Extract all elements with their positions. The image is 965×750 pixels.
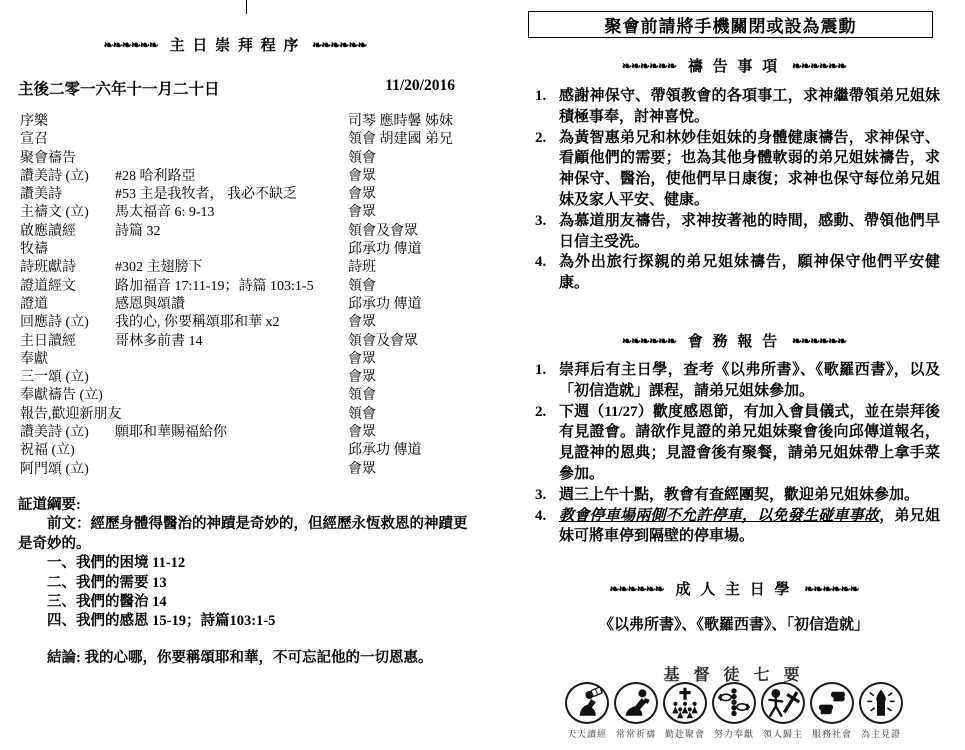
seven-essentials-row: 天天讀經 常常祈禱 勤赴聚會 努力奉獻 — [520, 682, 948, 740]
program-role: 領會 — [348, 403, 460, 423]
outline-preface: 前文：經歷身體得醫治的神蹟是奇妙的，但經歷永恆救恩的神蹟更是奇妙的。 — [18, 515, 470, 554]
prayer-item: 1.感謝神保守、帶領教會的各項事工，求神繼帶領弟兄姐妹積極事奉，討神喜悅。 — [535, 86, 940, 128]
program-row: 聚會禱告領會 — [20, 147, 460, 165]
program-row: 讚美詩 (立)#28 哈利路亞會眾 — [20, 165, 460, 183]
program-role: 司琴 應時馨 姊妹 — [348, 110, 460, 130]
date-numeric: 11/20/2016 — [385, 77, 455, 99]
date-row: 主後二零一六年十一月二十日 11/20/2016 — [18, 77, 455, 99]
program-row: 主日讀經哥林多前書 14領會及會眾 — [20, 330, 460, 348]
seven-item-label: 勤赴聚會 — [665, 727, 705, 740]
ornament-left: ❧❧❧❧❧❧ — [622, 59, 676, 73]
program-row: 序樂司琴 應時馨 姊妹 — [20, 110, 460, 128]
seven-item: 常常祈禱 — [613, 682, 660, 740]
phone-notice: 聚會前請將手機關閉或設為震動 — [528, 11, 933, 38]
program-row: 三一頌 (立)會眾 — [20, 366, 460, 384]
program-role: 邱承功 傳道 — [348, 439, 460, 459]
ornament-right: ❧❧❧❧❧❧ — [792, 59, 846, 73]
program-detail: 詩篇 32 — [115, 220, 348, 240]
program-row: 讚美詩#53 主是我牧者， 我必不缺乏會眾 — [20, 183, 460, 201]
program-item: 祝福 (立) — [20, 439, 115, 459]
program-item: 證道 — [20, 293, 115, 313]
program-detail: 哥林多前書 14 — [115, 330, 348, 350]
loaves-fishes-icon — [712, 682, 756, 724]
program-row: 報告,歡迎新朋友領會 — [20, 403, 460, 421]
program-detail: 馬太福音 6: 9-13 — [115, 201, 348, 221]
item-number: 1. — [535, 86, 559, 128]
item-text: 為慕道朋友禱告，求神按著祂的時間，感動、帶領他們早日信主受洗。 — [559, 211, 940, 253]
point-label: 三、我們的醫治 — [47, 594, 149, 610]
program-role: 會眾 — [348, 366, 460, 386]
date-chinese: 主後二零一六年十一月二十日 — [18, 77, 220, 99]
ornament-right: ❧❧❧❧❧❧ — [792, 334, 846, 348]
praying-icon — [614, 682, 658, 724]
parking-warning-emphasis: 教會停車場兩側不允許停車，以免發生碰車事故 — [559, 508, 879, 524]
outline-conclusion: 結論: 我的心哪，你要稱頌耶和華，不可忘記他的一切恩惠。 — [47, 649, 470, 668]
program-item: 奉獻 — [20, 348, 115, 368]
sunday-school-heading-text: 成 人 主 日 學 — [675, 582, 792, 598]
outline-points: 一、我們的困境 11-12 二、我們的需要 13 三、我們的醫治 14 四、我們… — [47, 554, 470, 632]
program-role: 會眾 — [348, 311, 460, 331]
item-number: 2. — [535, 402, 559, 485]
program-role: 邱承功 傳道 — [348, 238, 460, 258]
program-item: 主禱文 (立) — [20, 201, 115, 221]
outline-point: 三、我們的醫治 14 — [47, 593, 470, 612]
seven-item-label: 為主見證 — [861, 727, 901, 740]
seven-item: 為主見證 — [858, 682, 905, 740]
program-item: 奉獻禱告 (立) — [20, 384, 115, 404]
program-row: 證道感恩與頌讚邱承功 傳道 — [20, 293, 460, 311]
prayer-item: 3.為慕道朋友禱告，求神按著祂的時間，感動、帶領他們早日信主受洗。 — [535, 211, 940, 253]
sunday-school-heading: ❧❧❧❧❧❧ 成 人 主 日 學 ❧❧❧❧❧❧ — [520, 578, 948, 599]
program-role: 領會 — [348, 147, 460, 167]
seven-item: 勤赴聚會 — [662, 682, 709, 740]
lead-to-cross-icon — [761, 682, 805, 724]
seven-item-label: 努力奉獻 — [714, 727, 754, 740]
program-role: 會眾 — [348, 421, 460, 441]
program-row: 祝福 (立)邱承功 傳道 — [20, 439, 460, 457]
program-detail: #28 哈利路亞 — [115, 165, 348, 185]
serving-hands-icon — [810, 682, 854, 724]
program-item: 宣召 — [20, 128, 115, 148]
point-label: 四、我們的感恩 — [47, 613, 149, 629]
program-item: 主日讀經 — [20, 330, 115, 350]
program-detail: #302 主翅膀下 — [115, 256, 348, 276]
sermon-outline: 証道綱要: 前文：經歷身體得醫治的神蹟是奇妙的，但經歷永恆救恩的神蹟更是奇妙的。… — [18, 496, 470, 668]
item-number: 3. — [535, 485, 559, 506]
program-item: 讚美詩 (立) — [20, 421, 115, 441]
program-role: 領會及會眾 — [348, 220, 460, 240]
program-row: 回應詩 (立)我的心, 你要稱頌耶和華 x2會眾 — [20, 311, 460, 329]
bible-reading-icon — [565, 682, 609, 724]
program-item: 聚會禱告 — [20, 147, 115, 167]
program-item: 讚美詩 (立) — [20, 165, 115, 185]
program-role: 領會 胡建國 弟兄 — [348, 128, 460, 148]
ornament-left: ❧❧❧❧❧❧ — [609, 582, 663, 596]
seven-item-label: 服務社會 — [812, 727, 852, 740]
program-row: 奉獻禱告 (立)領會 — [20, 384, 460, 402]
program-item: 阿門頌 (立) — [20, 458, 115, 478]
business-item: 3.週三上午十點，教會有查經團契，歡迎弟兄姐妹參加。 — [535, 485, 940, 506]
item-number: 4. — [535, 506, 559, 548]
prayer-item: 2.為黃智惠弟兄和林妙佳姐妹的身體健康禱告，求神保守、看顧他們的需要；也為其他身… — [535, 128, 940, 211]
item-text: 下週（11/27）歡度感恩節，有加入會員儀式，並在崇拜後有見證會。請欲作見證的弟… — [559, 402, 940, 485]
outline-point: 四、我們的感恩 15-19；詩篇103:1-5 — [47, 612, 470, 631]
ornament-left: ❧❧❧❧❧❧ — [104, 38, 158, 52]
program-row: 啟應讀經詩篇 32領會及會眾 — [20, 220, 460, 238]
program-item: 序樂 — [20, 110, 115, 130]
program-row: 讚美詩 (立)願耶和華賜福給你會眾 — [20, 421, 460, 439]
item-number: 1. — [535, 360, 559, 402]
program-role: 領會 — [348, 384, 460, 404]
item-number: 2. — [535, 128, 559, 211]
ornament-left: ❧❧❧❧❧❧ — [622, 334, 676, 348]
ornament-right: ❧❧❧❧❧❧ — [804, 582, 858, 596]
seven-item: 領人歸主 — [760, 682, 807, 740]
page-title-text: 主 日 崇 拜 程 序 — [170, 38, 301, 54]
point-label: 二、我們的需要 — [47, 575, 149, 591]
page-title: ❧❧❧❧❧❧ 主 日 崇 拜 程 序 ❧❧❧❧❧❧ — [0, 34, 470, 55]
prayer-heading: ❧❧❧❧❧❧ 禱 告 事 項 ❧❧❧❧❧❧ — [520, 55, 948, 76]
ornament-right: ❧❧❧❧❧❧ — [312, 38, 366, 52]
program-role: 會眾 — [348, 458, 460, 478]
outline-heading: 証道綱要: — [18, 496, 470, 515]
business-heading-text: 會 務 報 告 — [688, 334, 780, 350]
program-row: 主禱文 (立)馬太福音 6: 9-13會眾 — [20, 201, 460, 219]
program-item: 證道經文 — [20, 275, 115, 295]
program-role: 會眾 — [348, 201, 460, 221]
point-label: 一、我們的困境 — [47, 555, 149, 571]
point-ref: 11-12 — [152, 555, 185, 571]
seven-item-label: 領人歸主 — [763, 727, 803, 740]
sunday-school-books: 《以弗所書》、《歌羅西書》、「初信造就」 — [520, 613, 948, 634]
seven-item: 努力奉獻 — [711, 682, 758, 740]
program-item: 報告,歡迎新朋友 — [20, 403, 115, 423]
program-row: 阿門頌 (立)會眾 — [20, 458, 460, 476]
business-item: 4.教會停車場兩側不允許停車，以免發生碰車事故，弟兄姐妹可將車停到隔壁的停車場。 — [535, 506, 940, 548]
program-detail: 感恩與頌讚 — [115, 293, 348, 313]
item-number: 4. — [535, 252, 559, 294]
program-row: 詩班獻詩#302 主翅膀下詩班 — [20, 256, 460, 274]
business-list: 1.崇拜后有主日學，查考《以弗所書》、《歌羅西書》，以及「初信造就」課程，請弟兄… — [535, 360, 940, 547]
program-item: 三一頌 (立) — [20, 366, 115, 386]
item-number: 3. — [535, 211, 559, 253]
seven-item-label: 常常祈禱 — [616, 727, 656, 740]
point-ref: 15-19；詩篇103:1-5 — [152, 613, 275, 629]
prayer-item: 4.為外出旅行探親的弟兄姐妹禱告，願神保守他們平安健康。 — [535, 252, 940, 294]
worship-order-page: ❧❧❧❧❧❧ 主 日 崇 拜 程 序 ❧❧❧❧❧❧ 主後二零一六年十一月二十日 … — [0, 0, 470, 750]
gathering-cross-icon — [663, 682, 707, 724]
program-item: 啟應讀經 — [20, 220, 115, 240]
business-heading: ❧❧❧❧❧❧ 會 務 報 告 ❧❧❧❧❧❧ — [520, 330, 948, 351]
item-text: 為黃智惠弟兄和林妙佳姐妹的身體健康禱告，求神保守、看顧他們的需要；也為其他身體軟… — [559, 128, 940, 211]
seven-item: 服務社會 — [809, 682, 856, 740]
program-table: 序樂司琴 應時馨 姊妹 宣召領會 胡建國 弟兄 聚會禱告領會 讚美詩 (立)#2… — [20, 110, 460, 476]
outline-point: 二、我們的需要 13 — [47, 574, 470, 593]
announcements-page: 聚會前請將手機關閉或設為震動 ❧❧❧❧❧❧ 禱 告 事 項 ❧❧❧❧❧❧ 1.感… — [520, 0, 948, 750]
program-role: 邱承功 傳道 — [348, 293, 460, 313]
prayer-list: 1.感謝神保守、帶領教會的各項事工，求神繼帶領弟兄姐妹積極事奉，討神喜悅。 2.… — [535, 86, 940, 294]
point-ref: 13 — [152, 575, 167, 591]
item-text: 週三上午十點，教會有查經團契，歡迎弟兄姐妹參加。 — [559, 485, 940, 506]
program-row: 宣召領會 胡建國 弟兄 — [20, 128, 460, 146]
program-item: 詩班獻詩 — [20, 256, 115, 276]
program-role: 會眾 — [348, 183, 460, 203]
program-role: 詩班 — [348, 256, 460, 276]
program-row: 牧禱邱承功 傳道 — [20, 238, 460, 256]
item-text: 感謝神保守、帶領教會的各項事工，求神繼帶領弟兄姐妹積極事奉，討神喜悅。 — [559, 86, 940, 128]
program-detail: 我的心, 你要稱頌耶和華 x2 — [115, 311, 348, 331]
program-detail: #53 主是我牧者， 我必不缺乏 — [115, 183, 348, 203]
prayer-heading-text: 禱 告 事 項 — [688, 59, 780, 75]
outline-point: 一、我們的困境 11-12 — [47, 554, 470, 573]
program-role: 領會 — [348, 275, 460, 295]
point-ref: 14 — [152, 594, 167, 610]
program-detail: 願耶和華賜福給你 — [115, 421, 348, 441]
item-text: 崇拜后有主日學，查考《以弗所書》、《歌羅西書》，以及「初信造就」課程，請弟兄姐妹… — [559, 360, 940, 402]
item-text: 教會停車場兩側不允許停車，以免發生碰車事故，弟兄姐妹可將車停到隔壁的停車場。 — [559, 506, 940, 548]
program-row: 奉獻會眾 — [20, 348, 460, 366]
program-item: 讚美詩 — [20, 183, 115, 203]
program-detail: 路加福音 17:11-19；詩篇 103:1-5 — [115, 275, 348, 295]
business-item: 2.下週（11/27）歡度感恩節，有加入會員儀式，並在崇拜後有見證會。請欲作見證… — [535, 402, 940, 485]
program-role: 會眾 — [348, 348, 460, 368]
item-text: 為外出旅行探親的弟兄姐妹禱告，願神保守他們平安健康。 — [559, 252, 940, 294]
program-row: 證道經文路加福音 17:11-19；詩篇 103:1-5領會 — [20, 275, 460, 293]
seven-item: 天天讀經 — [564, 682, 611, 740]
program-item: 回應詩 (立) — [20, 311, 115, 331]
program-item: 牧禱 — [20, 238, 115, 258]
seven-item-label: 天天讀經 — [567, 727, 607, 740]
program-role: 會眾 — [348, 165, 460, 185]
candle-witness-icon — [859, 682, 903, 724]
bulletin-sheet: ❧❧❧❧❧❧ 主 日 崇 拜 程 序 ❧❧❧❧❧❧ 主後二零一六年十一月二十日 … — [0, 0, 965, 750]
program-role: 領會及會眾 — [348, 330, 460, 350]
business-item: 1.崇拜后有主日學，查考《以弗所書》、《歌羅西書》，以及「初信造就」課程，請弟兄… — [535, 360, 940, 402]
